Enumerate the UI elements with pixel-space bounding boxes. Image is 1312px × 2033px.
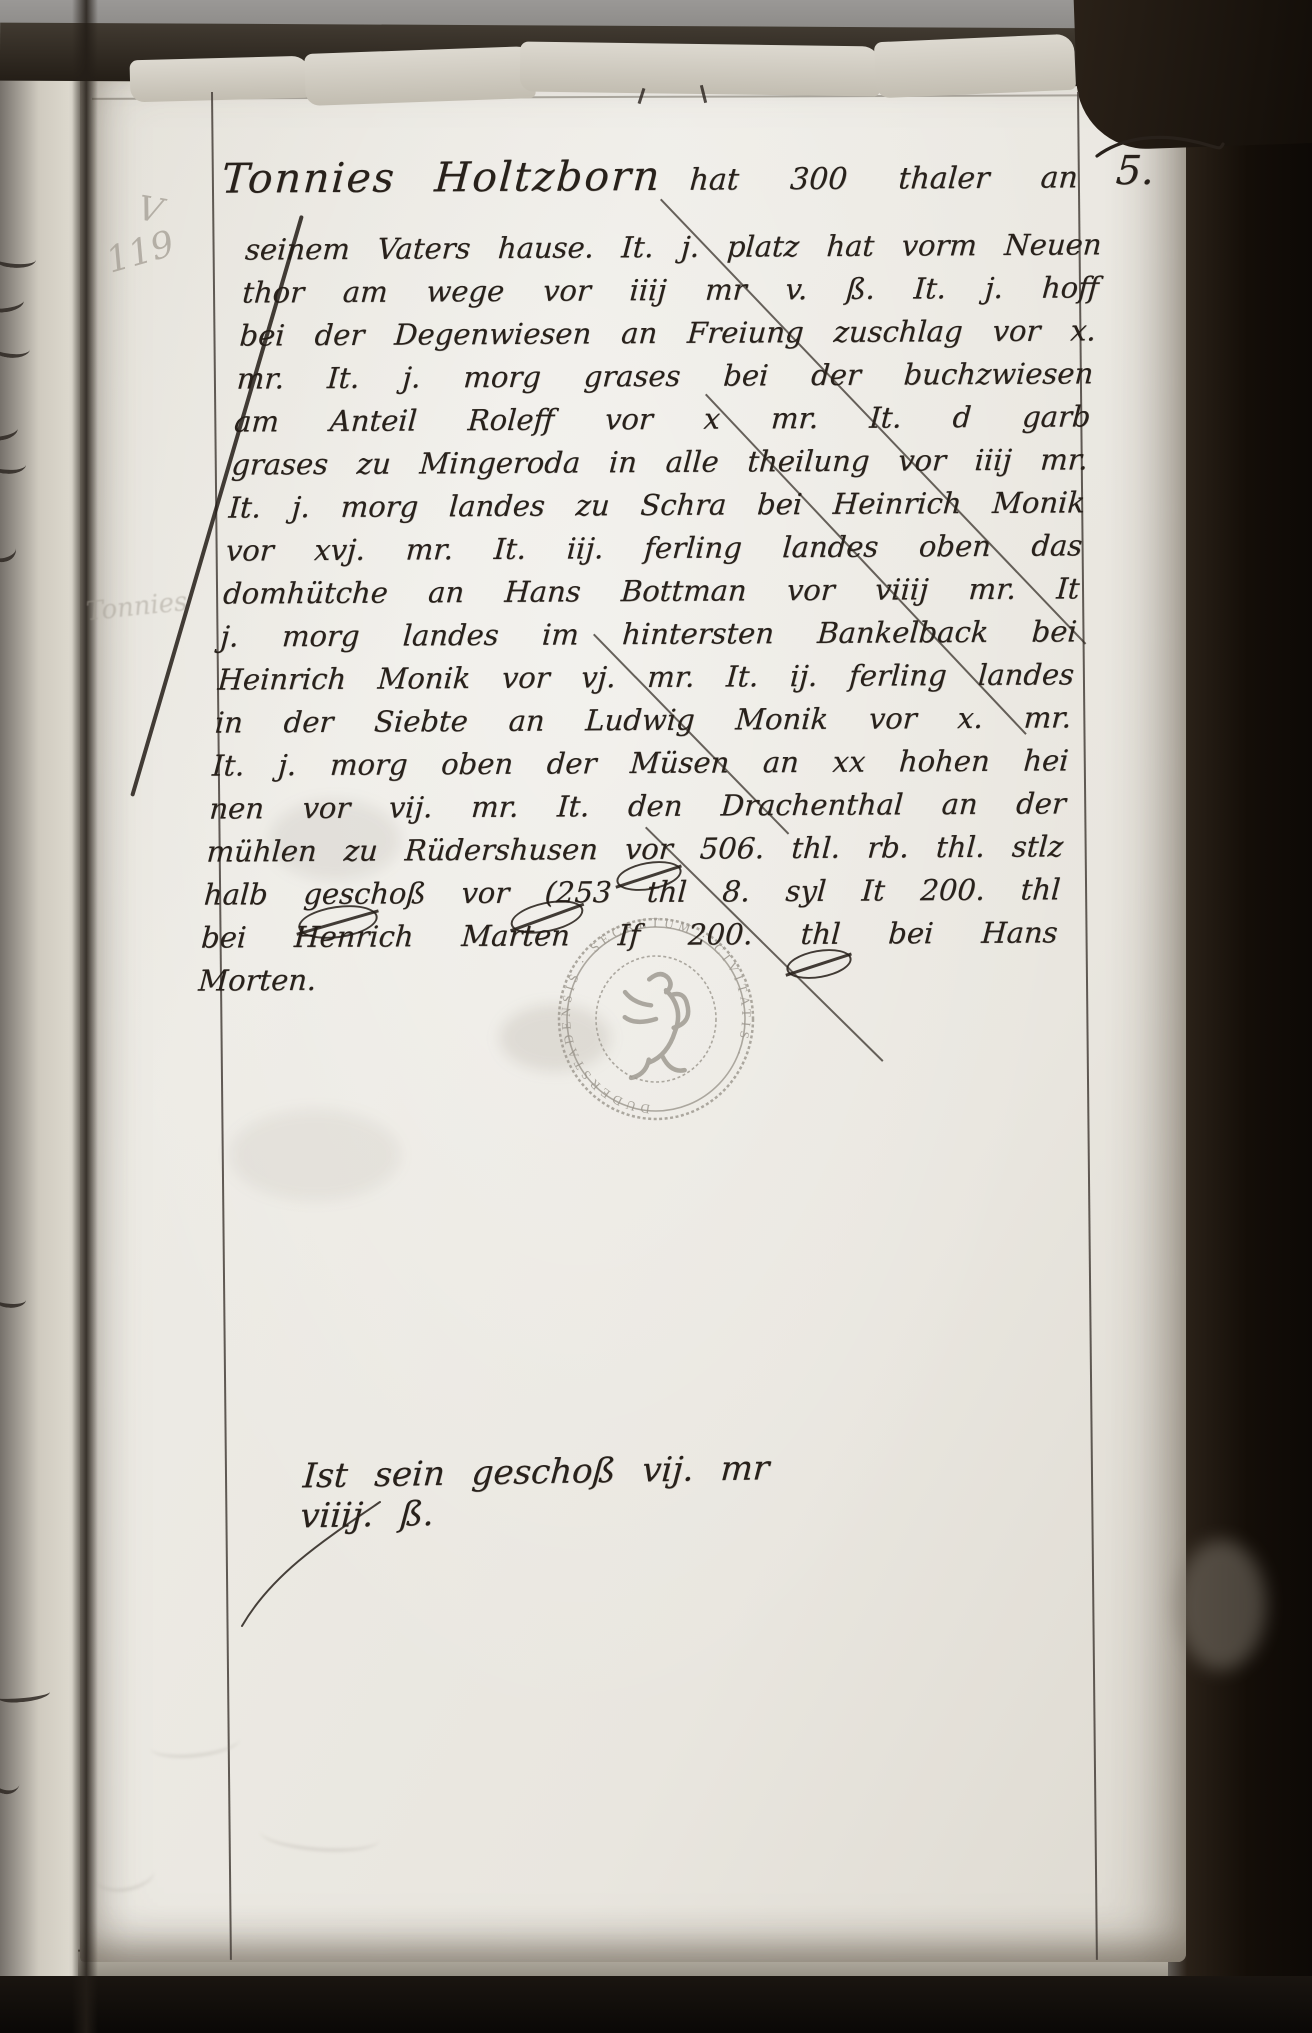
entry-line: Morten. bbox=[197, 954, 1056, 1002]
closing-line: Ist sein geschoß vij. mr viiij. ß. bbox=[299, 1448, 805, 1537]
entry-line: bei der Degenwiesen an Freiung zuschlag … bbox=[238, 309, 1097, 357]
entry-line: mr. It. j. morg grases bei der buchzwies… bbox=[236, 352, 1095, 400]
entry-line: Heinrich Monik vor vj. mr. It. ij. ferli… bbox=[216, 653, 1075, 701]
entry-line: in der Siebte an Ludwig Monik vor x. mr. bbox=[214, 696, 1073, 744]
entry-heading-name: Tonnies Holtzborn bbox=[220, 152, 663, 203]
entry-heading: Tonnies Holtzborn hat 300 thaler an bbox=[220, 149, 1079, 202]
folio-flourish bbox=[1093, 130, 1229, 172]
entry-line: nen vor vij. mr. It. den Drachenthal an … bbox=[208, 782, 1067, 830]
entry-line: It. j. morg landes zu Schra bei Heinrich… bbox=[227, 481, 1086, 529]
entry-line: am Anteil Roleff vor x mr. It. d garb bbox=[233, 395, 1092, 443]
dark-corner-top-right bbox=[1073, 0, 1312, 151]
entry-line: vor xvj. mr. It. iij. ferling landes obe… bbox=[225, 524, 1084, 572]
edge-light-blotch bbox=[1176, 1540, 1266, 1670]
entry-heading-rest: hat 300 thaler an bbox=[689, 160, 1079, 197]
table-shadow-bottom bbox=[0, 1976, 1312, 2033]
folio-number: 5. bbox=[1115, 148, 1156, 194]
entry-line: grases zu Mingeroda in alle theilung vor… bbox=[230, 438, 1089, 486]
torn-paper-piece bbox=[874, 34, 1076, 99]
torn-paper-piece bbox=[129, 56, 310, 103]
manuscript-photo: DUDERSTADENSIS · SECRETUM · CIVITATIS · … bbox=[0, 0, 1312, 2033]
entry-line: It. j. morg oben der Müsen an xx hohen h… bbox=[211, 739, 1070, 787]
spine-crease-shadow bbox=[72, 0, 98, 2033]
torn-paper-piece bbox=[304, 46, 536, 106]
entry-line: seinem Vaters hause. It. j. platz hat vo… bbox=[244, 223, 1103, 271]
entry-line: domhütche an Hans Bottman vor viiij mr. … bbox=[222, 567, 1081, 615]
paper-stain bbox=[230, 1110, 400, 1200]
entry-line: thor am wege vor iiij mr v. ß. It. j. ho… bbox=[241, 266, 1100, 314]
